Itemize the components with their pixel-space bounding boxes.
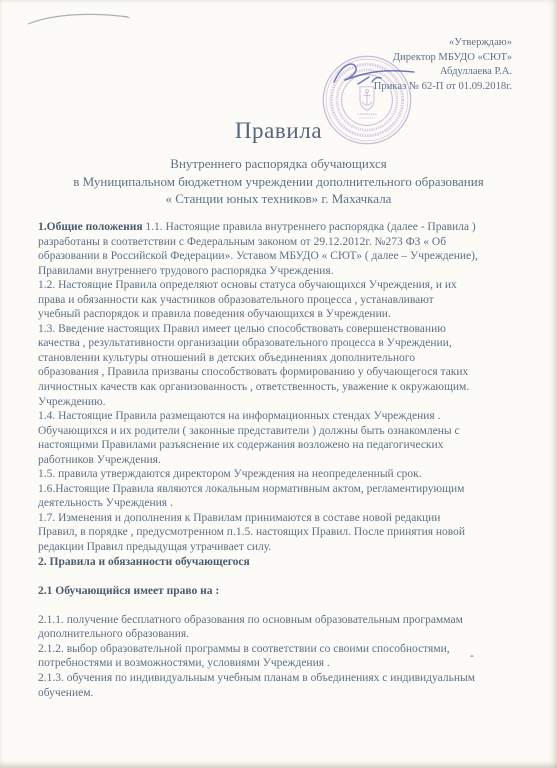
subtitle-line-3: « Станции юных техников» г. Махачкала	[20, 190, 537, 208]
section-2-heading: 2. Правила и обязанности обучающегося	[38, 555, 532, 570]
document-page: «Утверждаю» Директор МБУДО «СЮТ» Абдулла…	[0, 0, 557, 768]
subtitle-line-1: Внутреннего распорядка обучающихся	[20, 155, 537, 173]
pen-mark-stroke	[24, 9, 136, 31]
section-1-text: 1.1. Настоящие правила внутреннего распо…	[38, 221, 478, 553]
section-2-text: 2.1.1. получение бесплатного образования…	[38, 613, 532, 700]
document-subtitle: Внутреннего распорядка обучающихся в Мун…	[20, 155, 537, 208]
subtitle-line-2: в Муниципальном бюджетном учреждении доп…	[20, 173, 537, 191]
section-1-heading: 1.Общие положения	[38, 221, 143, 233]
page-number-dash: -	[470, 650, 474, 662]
approval-line-approve: «Утверждаю»	[374, 36, 512, 51]
document-body: 1.Общие положения 1.1. Настоящие правила…	[38, 220, 532, 715]
document-title: Правила	[0, 118, 557, 144]
section-2-1-heading: 2.1 Обучающийся имеет право на :	[38, 584, 532, 599]
director-signature	[326, 55, 426, 91]
